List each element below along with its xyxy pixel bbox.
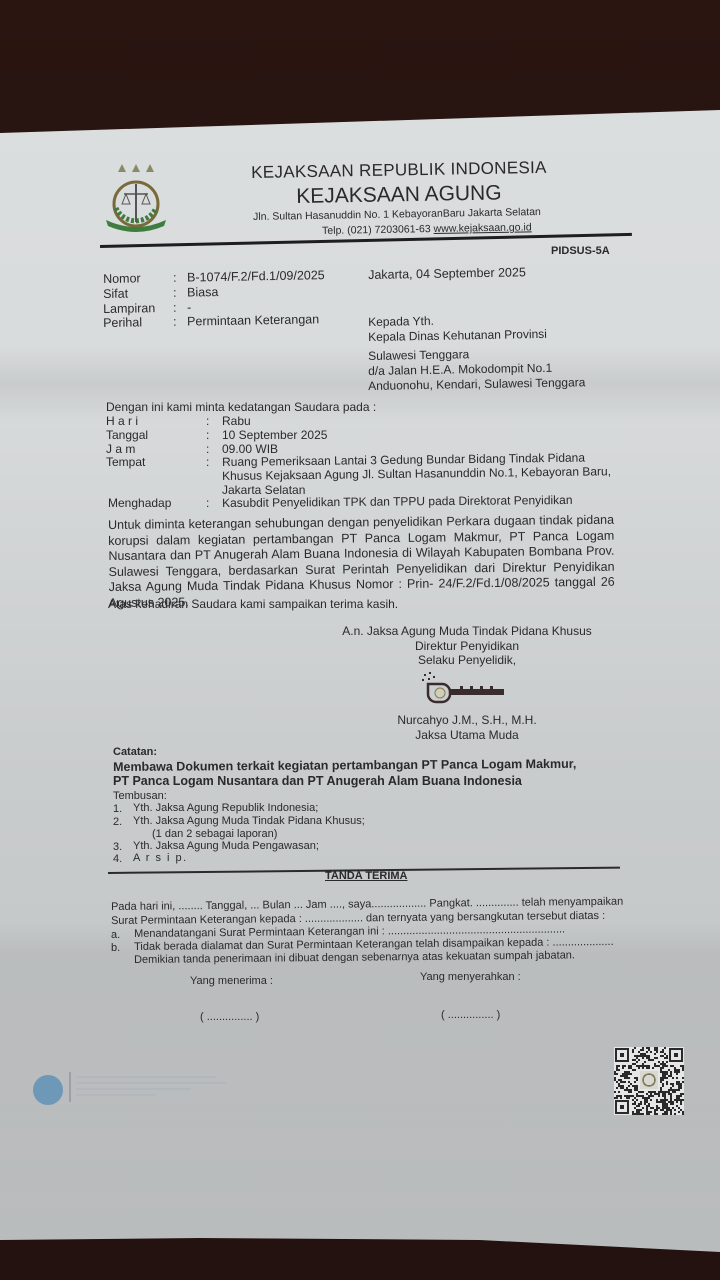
- summons-colon: :: [206, 455, 209, 469]
- footer-divider: [69, 1072, 71, 1102]
- giver-signature-blank: ( ............... ): [441, 1009, 500, 1021]
- summons-colon: :: [206, 414, 209, 428]
- receipt-title: TANDA TERIMA: [325, 870, 408, 882]
- signature-role: Selaku Penyelidik,: [342, 653, 592, 667]
- tembusan-num: 3.: [113, 841, 122, 853]
- summons-hari-label: H a r i: [106, 414, 138, 428]
- meta-lampiran: Lampiran:-: [103, 300, 191, 316]
- tembusan-item: Yth. Jaksa Agung Republik Indonesia;: [133, 802, 318, 814]
- receiver-label: Yang menerima :: [190, 975, 273, 987]
- signature-authority: A.n. Jaksa Agung Muda Tindak Pidana Khus…: [342, 624, 592, 638]
- closing-text: Atas kehadiran Saudara kami sampaikan te…: [108, 597, 398, 611]
- tembusan-num: 4.: [113, 853, 122, 865]
- tembusan-num: 1.: [113, 803, 122, 815]
- meta-sifat: Sifat:Biasa: [103, 285, 219, 301]
- letterhead-phone: Telp. (021) 7203061-63: [322, 223, 431, 237]
- footer-text-line: [76, 1088, 191, 1090]
- summons-tempat-label: Tempat: [106, 455, 145, 469]
- summons-tanggal-value: 10 September 2025: [222, 428, 327, 442]
- signature-position: Direktur Penyidikan: [342, 639, 592, 653]
- tembusan-label: Tembusan:: [113, 790, 167, 802]
- receipt-item-a-label: a.: [111, 929, 120, 941]
- receipt-item-b-label: b.: [111, 942, 120, 954]
- summons-menghadap-label: Menghadap: [108, 496, 171, 510]
- summons-colon: :: [206, 428, 209, 442]
- tembusan-item: Yth. Jaksa Agung Muda Tindak Pidana Khus…: [133, 815, 365, 827]
- summons-jam-label: J a m: [106, 442, 135, 456]
- footer-text-line: [76, 1094, 156, 1096]
- catatan-line2: PT Panca Logam Nusantara dan PT Anugerah…: [113, 774, 522, 788]
- receiver-signature-blank: ( ............... ): [200, 1011, 259, 1023]
- summons-intro: Dengan ini kami minta kedatangan Saudara…: [106, 400, 376, 414]
- summons-colon: :: [206, 442, 209, 456]
- tembusan-item: Yth. Jaksa Agung Muda Pengawasan;: [133, 840, 319, 852]
- place-date: Jakarta, 04 September 2025: [368, 265, 526, 282]
- summons-hari-value: Rabu: [222, 414, 251, 428]
- letterhead-office: KEJAKSAAN AGUNG: [296, 181, 502, 209]
- tembusan-item: A r s i p.: [133, 852, 188, 864]
- bsre-certificate-logo-icon: [33, 1075, 63, 1105]
- recipient-greeting: Kepada Yth.: [368, 314, 434, 329]
- kejaksaan-emblem-icon: [104, 162, 184, 236]
- catatan-label: Catatan:: [113, 746, 157, 758]
- summons-colon: :: [206, 496, 209, 510]
- tembusan-num: 2.: [113, 816, 122, 828]
- tembusan-item-note: (1 dan 2 sebagai laporan): [152, 828, 277, 840]
- signer-rank: Jaksa Utama Muda: [342, 728, 592, 742]
- recipient-line2: Sulawesi Tenggara: [368, 347, 469, 363]
- digital-signature-key-icon: [420, 670, 510, 706]
- footer-text-line: [76, 1076, 216, 1078]
- giver-label: Yang menyerahkan :: [420, 971, 521, 983]
- summons-tanggal-label: Tanggal: [106, 428, 148, 442]
- letter-number: B-1074/F.2/Fd.1/09/2025: [187, 268, 325, 284]
- letterhead-website-link[interactable]: www.kejaksaan.go.id: [433, 221, 531, 235]
- signer-name: Nurcahyo J.M., S.H., M.H.: [342, 713, 592, 727]
- qr-code-icon[interactable]: [614, 1047, 684, 1115]
- form-code: PIDSUS-5A: [551, 245, 610, 257]
- footer-text-line: [76, 1082, 226, 1084]
